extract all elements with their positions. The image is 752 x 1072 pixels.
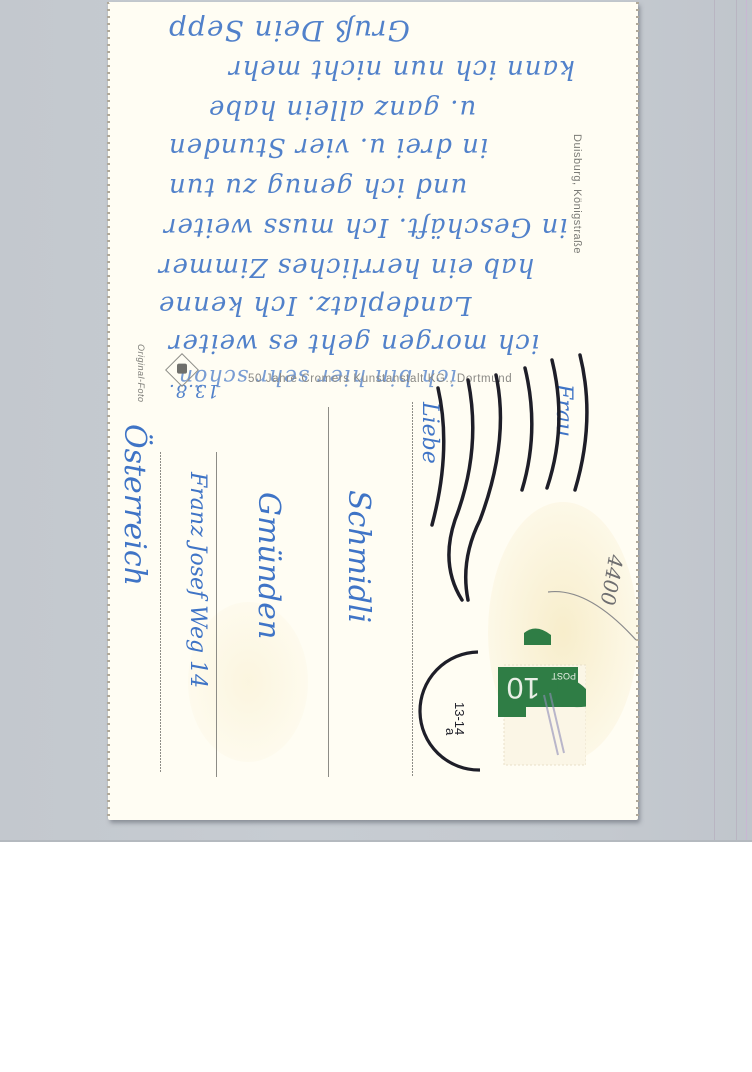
stamp-value: 10: [507, 671, 540, 704]
postage-stamp: 10 POST: [496, 625, 586, 773]
postmark-code: a: [443, 728, 458, 736]
postmark-cancellation: 13-14 a: [0, 0, 752, 842]
postmark-circle: [420, 652, 480, 770]
svg-text:POST: POST: [551, 671, 576, 681]
